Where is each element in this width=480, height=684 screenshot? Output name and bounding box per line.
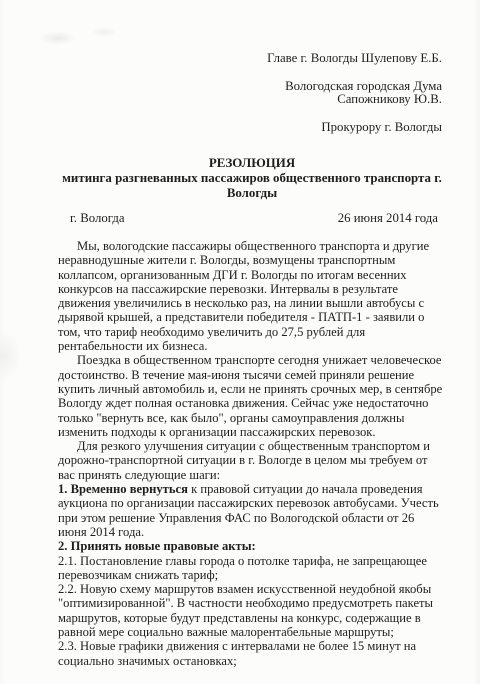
addressee-block: Главе г. Вологды Шулепову Е.Б. Вологодск… (58, 52, 446, 134)
body-paragraph-2: Поездка в общественном транспорте сегодн… (58, 353, 446, 439)
document-body: Мы, вологодские пассажиры общественного … (58, 239, 446, 668)
resolution-subtitle: митинга разгневанных пассажиров обществе… (58, 171, 446, 201)
place-label: г. Вологда (70, 211, 125, 225)
title-block: РЕЗОЛЮЦИЯ митинга разгневанных пассажиро… (58, 156, 446, 201)
addressee-duma-person: Сапожникову Ю.В. (58, 93, 442, 107)
demand-subitem-2-3: 2.3. Новые графики движения с интервалам… (58, 639, 446, 668)
demand-item-1: 1. Временно вернуться к правовой ситуаци… (58, 482, 446, 539)
demand-subitem-2-2: 2.2. Новую схему маршрутов взамен искусс… (58, 582, 446, 639)
body-paragraph-3: Для резкого улучшения ситуации с обществ… (58, 439, 446, 482)
demand-item-2-heading: 2. Принять новые правовые акты: (58, 539, 446, 553)
document-content: Главе г. Вологды Шулепову Е.Б. Вологодск… (0, 0, 480, 668)
demand-item-1-lead: 1. Временно вернуться (58, 482, 188, 496)
addressee-prosecutor: Прокурору г. Вологды (58, 121, 442, 135)
scanned-document-page: Главе г. Вологды Шулепову Е.Б. Вологодск… (0, 0, 480, 684)
addressee-duma: Вологодская городская Дума (58, 80, 442, 94)
resolution-title: РЕЗОЛЮЦИЯ (58, 156, 446, 171)
dateline: г. Вологда 26 июня 2014 года (58, 211, 446, 225)
demand-subitem-2-1: 2.1. Постановление главы города о потолк… (58, 554, 446, 583)
body-paragraph-1: Мы, вологодские пассажиры общественного … (58, 239, 446, 353)
addressee-mayor: Главе г. Вологды Шулепову Е.Б. (58, 52, 442, 66)
date-label: 26 июня 2014 года (338, 211, 438, 225)
